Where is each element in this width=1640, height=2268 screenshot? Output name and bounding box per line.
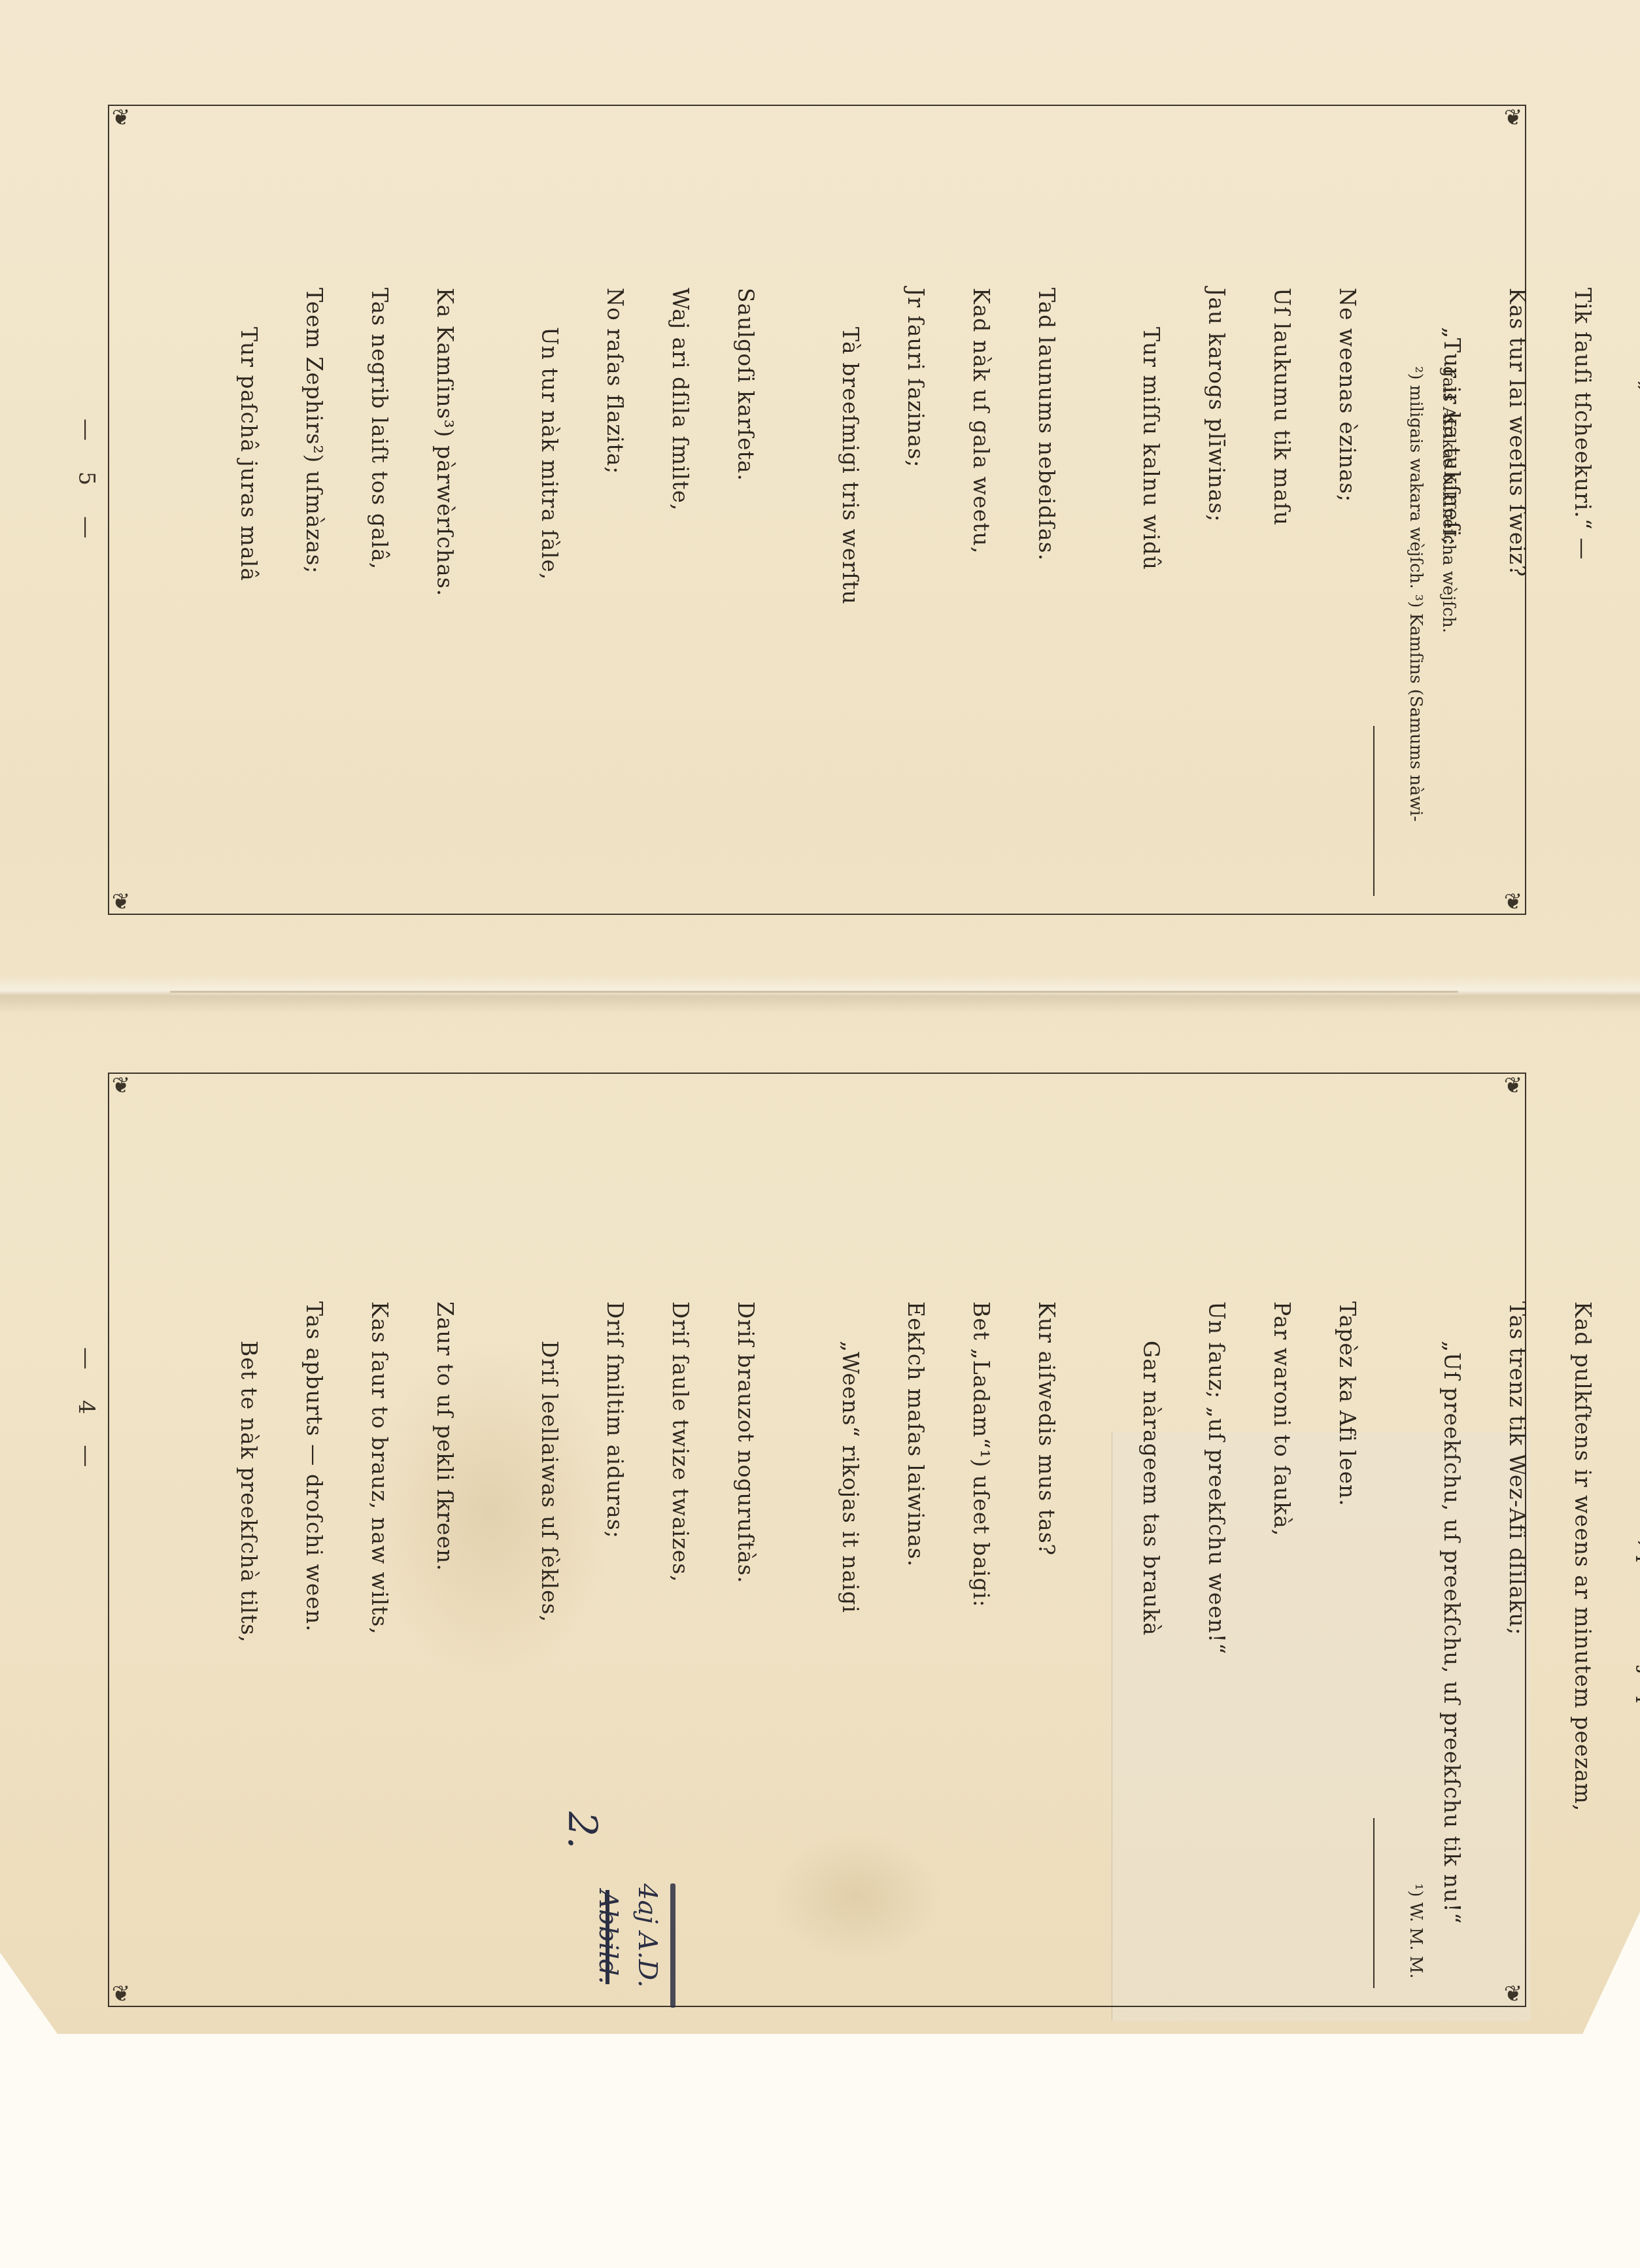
stanza: Un tur nàk mitra ſàle, No raſas flazita;… bbox=[517, 288, 778, 889]
fleuron-ornament-icon: ❦ bbox=[1499, 887, 1528, 916]
footnote-line: gais Afrikas tukſneſcha wèjſch. bbox=[1432, 366, 1465, 863]
verse-line: Saulgoſi karſeta. bbox=[713, 288, 778, 889]
verse-line: Jau karogs plīwinas; bbox=[1184, 288, 1249, 889]
verse-line: Eekſch maſas laiwinas. bbox=[883, 1301, 948, 1968]
verse-line: Kur aiſwedis mus tas? bbox=[1014, 1301, 1079, 1968]
verse-line: Waj ari dſila ſmilte, bbox=[647, 288, 713, 889]
stanza: Gar nàrageem tas braukà Un ſauz; „uſ pre… bbox=[1118, 1301, 1380, 1968]
verse-line: Kur Wez-Afis beidſas, pee dambja pee-eet… bbox=[1615, 1301, 1640, 1968]
stanza: „Uſ preekſchu, uſ preekſchu, uſ preekſch… bbox=[1419, 1301, 1640, 1968]
verse-line: Driſ brauzot noguruſtàs. bbox=[713, 1301, 778, 1968]
handwritten-number: 2. bbox=[562, 1812, 602, 1849]
verse-line: Ne weenas èzinas; bbox=[1314, 288, 1380, 889]
verse-line: „Weens“ rikojas it naigi bbox=[817, 1301, 883, 1968]
page-4-footnotes: ¹) W. M. M. bbox=[1399, 1883, 1432, 2027]
verse-line: Kas ſaur to brauz, naw wilts, bbox=[347, 1301, 412, 1968]
verse-line: Bet te nàk preekſchà tilts, bbox=[216, 1301, 281, 1968]
stanza: Tur paſchâ juras malâ Teem Zephirs²) uſm… bbox=[216, 288, 477, 889]
verse-line: Kad pulkſtens ir weens ar minutem peezam… bbox=[1550, 1301, 1615, 1968]
fleuron-ornament-icon: ❦ bbox=[107, 1071, 135, 1100]
verse-line: No raſas flazita; bbox=[582, 288, 647, 889]
page-4-poem: Bet te nàk preekſchà tilts, Tas apburts … bbox=[216, 1301, 1640, 1968]
handwritten-note: 4aj A.D. bbox=[628, 1883, 667, 1987]
fleuron-ornament-icon: ❦ bbox=[1499, 103, 1528, 132]
verse-line: Tà wiſu „Lāds“ noteiz. bbox=[1615, 288, 1640, 889]
verse-line: Tad launums nebeidſas. bbox=[1014, 288, 1079, 889]
verse-line: Jr ſauri ſazinas; bbox=[883, 288, 948, 889]
verse-line: Bet „Ladam“¹) uſeet baigi: bbox=[948, 1301, 1014, 1968]
footnote-line: ¹) W. M. M. bbox=[1399, 1883, 1432, 2027]
verse-line: Uſ laukumu tik maſu bbox=[1249, 288, 1314, 889]
footnote-divider bbox=[1373, 1818, 1375, 1988]
verse-line: Un tur nàk mitra ſàle, bbox=[517, 288, 582, 889]
fleuron-ornament-icon: ❦ bbox=[107, 887, 135, 916]
verse-line: Teem Zephirs²) uſmàzas; bbox=[281, 288, 347, 889]
verse-line: Tas negrib laiſt tos galâ, bbox=[347, 288, 412, 889]
stanza: „Weens“ rikojas it naigi Eekſch maſas la… bbox=[817, 1301, 1079, 1968]
fleuron-ornament-icon: ❦ bbox=[107, 103, 135, 132]
page-number-5: — 5 — bbox=[73, 419, 99, 550]
verse-line: Par waroni to ſaukà, bbox=[1249, 1301, 1314, 1968]
verse-line: Gar nàrageem tas braukà bbox=[1118, 1301, 1184, 1968]
verse-line: Un ſauz; „uſ preekſchu ween!“ bbox=[1184, 1301, 1249, 1968]
verse-line: Zaur to uſ pekli ſkreen. bbox=[412, 1301, 477, 1968]
page-5-footnotes: ²) miligais wakara wèjſch. ³) Kamſins (S… bbox=[1399, 366, 1465, 863]
verse-line: Ka Kamſins³) pàrwèrſchas. bbox=[412, 288, 477, 889]
fleuron-ornament-icon: ❦ bbox=[1499, 1071, 1528, 1100]
verse-line: Driſ ſaule twize twaizes, bbox=[647, 1301, 713, 1968]
handwritten-underline-mark bbox=[670, 1883, 675, 2008]
footnote-divider bbox=[1373, 726, 1375, 896]
verse-line: Kas tur lai weeſus ſweiz? bbox=[1484, 288, 1550, 889]
verse-line: Tik ſauſi tſcheekuri.“ — bbox=[1550, 288, 1615, 889]
verse-line: Kad nàk uſ gala weetu, bbox=[948, 288, 1014, 889]
verse-line: Tapèz ka Afi leen. bbox=[1314, 1301, 1380, 1968]
stanza: Bet te nàk preekſchà tilts, Tas apburts … bbox=[216, 1301, 477, 1968]
verse-line: „Uſ preekſchu, uſ preekſchu, uſ preekſch… bbox=[1419, 1301, 1484, 1968]
verse-line: Tur paſchâ juras malâ bbox=[216, 288, 281, 889]
fleuron-ornament-icon: ❦ bbox=[1499, 1980, 1528, 2008]
verse-line: Driſ ſmiltim aiduras; bbox=[582, 1301, 647, 1968]
stanza: Tur miſſu kalnu widû Jau karogs plīwinas… bbox=[1118, 288, 1380, 889]
handwritten-struck-word: Abbild. bbox=[589, 1890, 628, 1984]
stanza: Tà breeſmigi tris werſtu Jr ſauri ſazina… bbox=[817, 288, 1079, 889]
verse-line: Driſ leellaiwas uſ ſèkles, bbox=[517, 1301, 582, 1968]
verse-line: Tas trenz tik Wez-Afi dſilaku; bbox=[1484, 1301, 1550, 1968]
verse-line: Tur miſſu kalnu widû bbox=[1118, 288, 1184, 889]
page-number-4: — 4 — bbox=[73, 1347, 99, 1479]
verse-line: Tas apburts — droſchi ween. bbox=[281, 1301, 347, 1968]
verse-line: Tà breeſmigi tris werſtu bbox=[817, 288, 883, 889]
footnote-line: ²) miligais wakara wèjſch. ³) Kamſins (S… bbox=[1399, 366, 1432, 863]
center-fold-crease bbox=[170, 991, 1458, 993]
fleuron-ornament-icon: ❦ bbox=[107, 1980, 135, 2008]
stanza: Driſ leellaiwas uſ ſèkles, Driſ ſmiltim … bbox=[517, 1301, 778, 1968]
